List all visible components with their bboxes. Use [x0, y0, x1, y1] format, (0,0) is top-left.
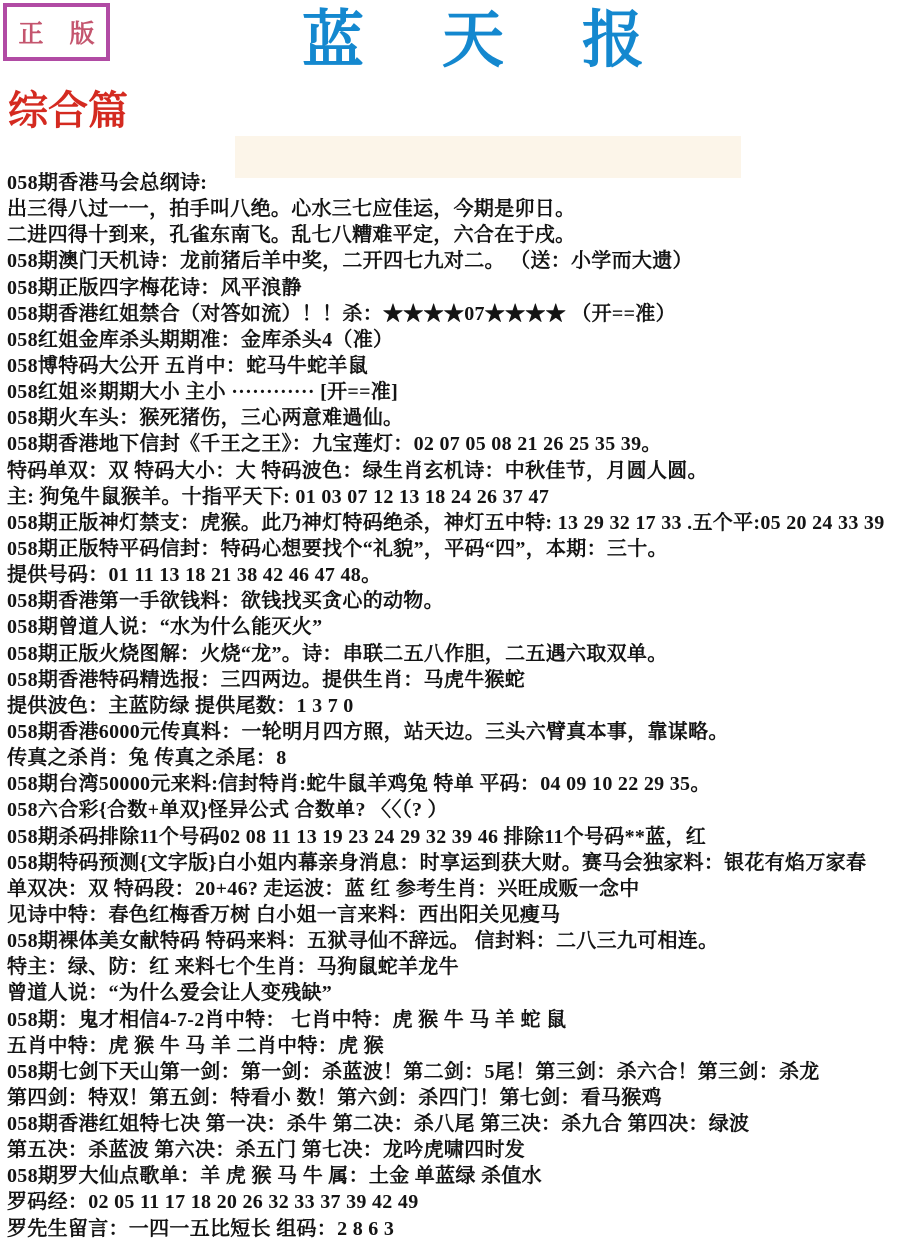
text-line: 罗先生留言：一四一五比短长 组码：2 8 6 3 [7, 1216, 900, 1242]
text-line: 058期火车头：猴死猪伤，三心两意难過仙。 [7, 405, 900, 431]
authentic-badge-label: 正版 [0, 14, 121, 50]
text-line: 058期曾道人说：“水为什么能灭火” [7, 614, 900, 640]
authentic-badge: 正版 [3, 3, 110, 61]
text-line: 058红姐※期期大小 主小 ············ [开==准] [7, 379, 900, 405]
text-line: 058期正版神灯禁支：虎猴。此乃神灯特码绝杀，神灯五中特: 13 29 32 1… [7, 510, 900, 536]
page-title: 蓝天报 [302, 6, 722, 76]
text-line: 主: 狗兔牛鼠猴羊。十指平天下: 01 03 07 12 13 18 24 26… [7, 484, 900, 510]
text-line: 058期香港马会总纲诗: [7, 170, 900, 196]
text-line: 第五决：杀蓝波 第六决：杀五门 第七决：龙吟虎啸四时发 [7, 1137, 900, 1163]
content-lines: 058期香港马会总纲诗:出三得八过一一，拍手叫八绝。心水三七应佳运，今期是卯日。… [7, 170, 900, 1242]
text-line: 058期：鬼才相信4-7-2肖中特： 七肖中特：虎 猴 牛 马 羊 蛇 鼠 [7, 1007, 900, 1033]
text-line: 提供号码：01 11 13 18 21 38 42 46 47 48。 [7, 562, 900, 588]
text-line: 058期特码预测{文字版}白小姐内幕亲身消息：时享运到获大财。赛马会独家料：银花… [7, 850, 900, 876]
text-line: 058期台湾50000元来料:信封特肖:蛇牛鼠羊鸡兔 特单 平码：04 09 1… [7, 771, 900, 797]
text-line: 058期裸体美女献特码 特码来料：五狱寻仙不辞远。 信封料：二八三九可相连。 [7, 928, 900, 954]
text-line: 特码单双：双 特码大小：大 特码波色：绿生肖玄机诗：中秋佳节，月圆人圆。 [7, 458, 900, 484]
text-line: 058期香港红姐特七决 第一决：杀牛 第二决：杀八尾 第三决：杀九合 第四决：绿… [7, 1111, 900, 1137]
text-line: 058期杀码排除11个号码02 08 11 13 19 23 24 29 32 … [7, 824, 900, 850]
text-line: 058期香港地下信封《千王之王》：九宝莲灯：02 07 05 08 21 26 … [7, 431, 900, 457]
text-line: 058博特码大公开 五肖中：蛇马牛蛇羊鼠 [7, 353, 900, 379]
text-line: 二进四得十到来，孔雀东南飞。乱七八糟难平定，六合在于戌。 [7, 222, 900, 248]
text-line: 058期正版特平码信封：特码心想要找个“礼貌”，平码“四”，本期：三十。 [7, 536, 900, 562]
text-line: 058期正版四字梅花诗：风平浪静 [7, 275, 900, 301]
text-line: 第四剑：特双！第五剑：特看小 数！第六剑：杀四门！第七剑：看马猴鸡 [7, 1085, 900, 1111]
text-line: 058期香港红姐禁合（对答如流）！！杀：★★★★07★★★★ （开==准） [7, 301, 900, 327]
text-line: 058期香港第一手欲钱料：欲钱找买贪心的动物。 [7, 588, 900, 614]
text-line: 058红姐金库杀头期期准：金库杀头4（准） [7, 327, 900, 353]
text-line: 特主：绿、防：红 来料七个生肖：马狗鼠蛇羊龙牛 [7, 954, 900, 980]
text-line: 058期七剑下天山第一剑：第一剑：杀蓝波！第二剑：5尾！第三剑：杀六合！第三剑：… [7, 1059, 900, 1085]
text-line: 058期澳门天机诗：龙前猪后羊中奖，二开四七九对二。 （送：小学而大遗） [7, 248, 900, 274]
text-line: 058六合彩{合数+单双}怪异公式 合数单? 〈〈（? ） [7, 797, 900, 823]
text-line: 058期香港6000元传真料：一轮明月四方照，站天边。三头六臂真本事，靠谋略。 [7, 719, 900, 745]
text-line: 曾道人说：“为什么爱会让人变残缺” [7, 980, 900, 1006]
text-line: 见诗中特：春色红梅香万树 白小姐一言来料：西出阳关见瘦马 [7, 902, 900, 928]
text-line: 058期香港特码精选报：三四两边。提供生肖：马虎牛猴蛇 [7, 667, 900, 693]
text-line: 058期正版火烧图解：火烧“龙”。诗：串联二五八作胆，二五遇六取双单。 [7, 641, 900, 667]
text-line: 058期罗大仙点歌单：羊 虎 猴 马 牛 属：土金 单蓝绿 杀值水 [7, 1163, 900, 1189]
text-line: 五肖中特：虎 猴 牛 马 羊 二肖中特：虎 猴 [7, 1033, 900, 1059]
text-line: 传真之杀肖：兔 传真之杀尾：8 [7, 745, 900, 771]
text-line: 出三得八过一一，拍手叫八绝。心水三七应佳运，今期是卯日。 [7, 196, 900, 222]
text-line: 单双决：双 特码段：20+46? 走运波：蓝 红 参考生肖：兴旺成贩一念中 [7, 876, 900, 902]
text-line: 罗码经：02 05 11 17 18 20 26 32 33 37 39 42 … [7, 1189, 900, 1215]
section-title: 综合篇 [8, 86, 128, 136]
text-line: 提供波色：主蓝防绿 提供尾数：1 3 7 0 [7, 693, 900, 719]
